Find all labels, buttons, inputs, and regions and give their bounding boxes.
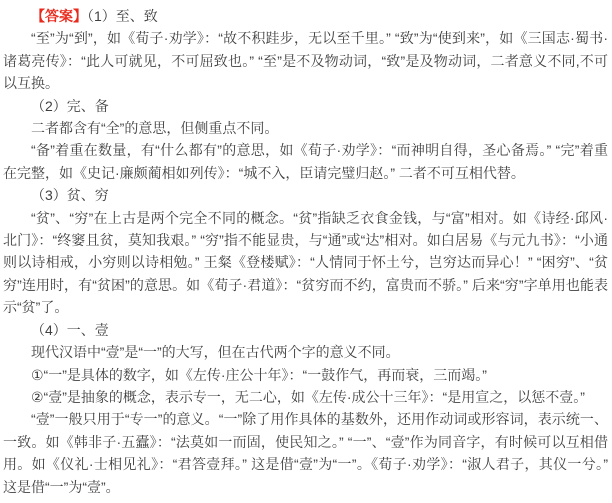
section-4-paragraph-2: ①“一”是具体的数字，如《左传·庄公十年》：“一鼓作气，再而衰，三而竭。” [3,364,608,386]
section-2-paragraph-1: 二者都含有“全”的意思，但侧重点不同。 [3,117,608,139]
section-1-paragraph: “至”为“到”，如《荀子·劝学》：“故不积跬步，无以至千里。” “致”为“使到来… [3,27,608,94]
section-3-heading: （3）贫、穷 [3,184,608,206]
section-4-heading: （4）一、壹 [3,319,608,341]
section-2-paragraph-2: “备”着重在数量，有“什么都有”的意思，如《荀子·劝学》：“而神明自得，圣心备焉… [3,139,608,184]
answer-label: 【答案】 [31,8,87,24]
section-4-paragraph-1: 现代汉语中“壹”是“一”的大写，但在古代两个字的意义不同。 [3,341,608,363]
section-1-heading-line: 【答案】（1）至、致 [3,5,608,27]
section-2-heading: （2）完、备 [3,95,608,117]
section-3-paragraph-1: “贫”、“穷”在上古是两个完全不同的概念。“贫”指缺乏衣食金钱，与“富”相对。如… [3,207,608,319]
section-4-paragraph-3: ②“壹”是抽象的概念，表示专一，无二心，如《左传·成公十三年》：“是用宣之，以惩… [3,386,608,408]
section-4-paragraph-4: “壹”一般只用于“专一”的意义。“一”除了用作具体的基数外，还用作动词或形容词，… [3,408,608,498]
answer-document: 【答案】（1）至、致 “至”为“到”，如《荀子·劝学》：“故不积跬步，无以至千里… [0,0,612,503]
section-1-heading: （1）至、致 [87,8,158,24]
